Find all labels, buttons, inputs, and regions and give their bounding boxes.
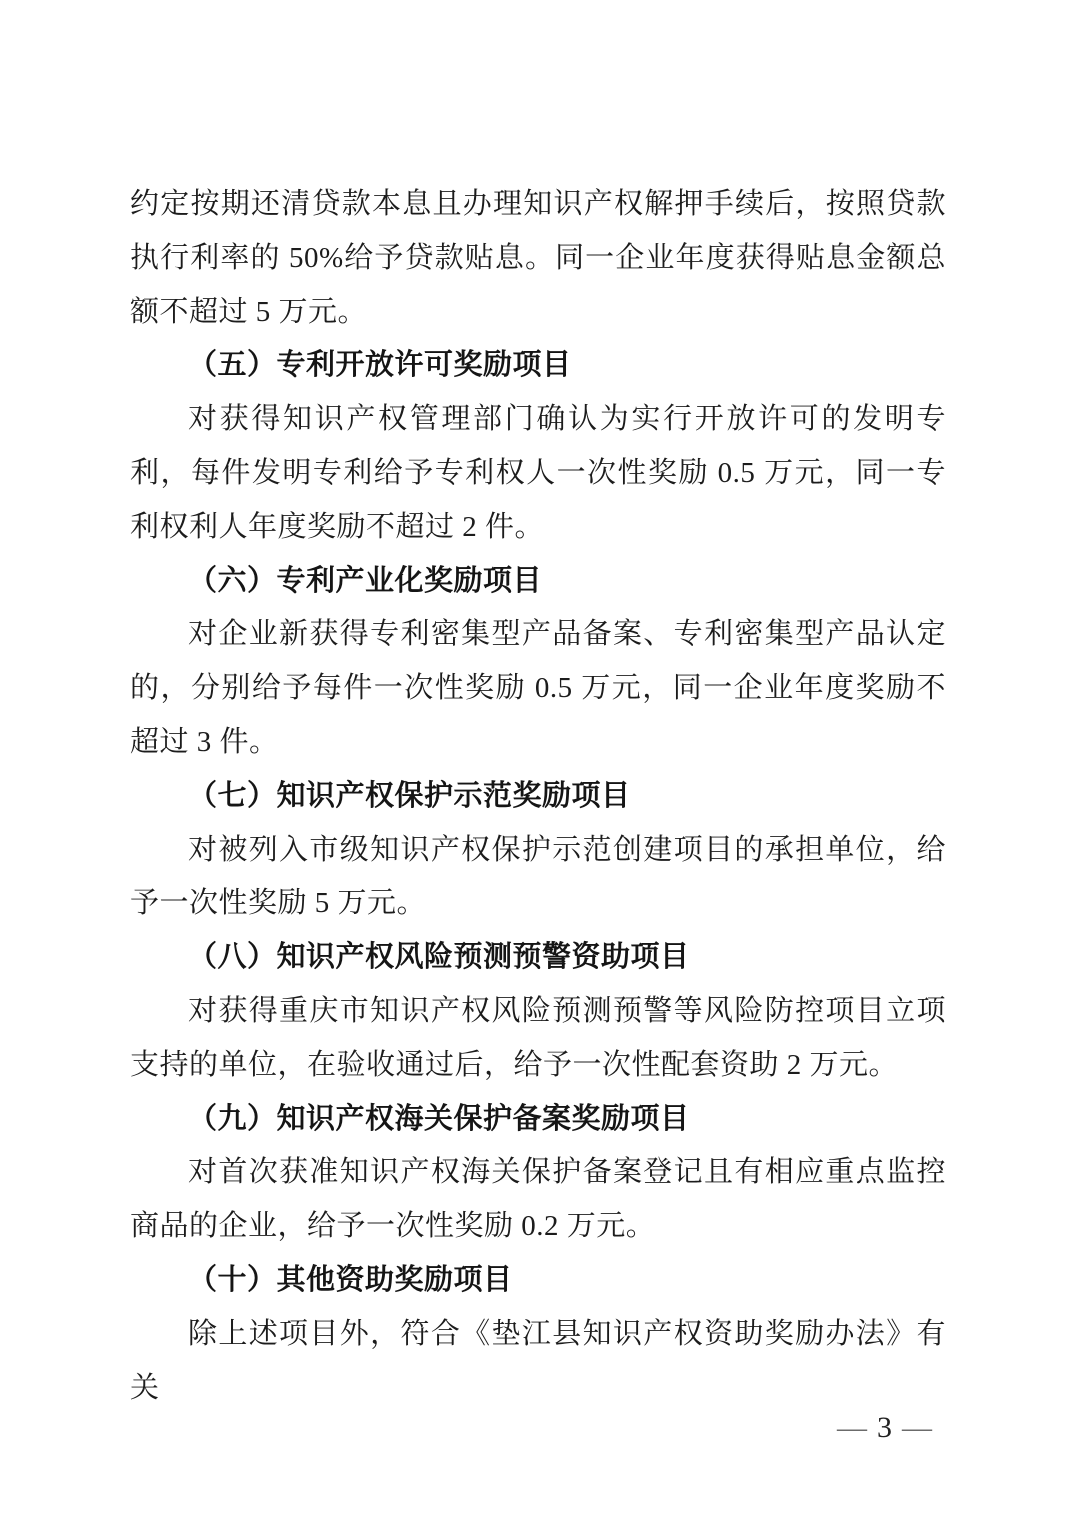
page-number-right-dash: — [892,1411,942,1444]
body-paragraph: 对被列入市级知识产权保护示范创建项目的承担单位，给予一次性奖励 5 万元。 [130,824,946,932]
body-paragraph: 对获得知识产权管理部门确认为实行开放许可的发明专利，每件发明专利给予专利权人一次… [130,393,946,554]
section-heading: （九）知识产权海关保护备案奖励项目 [130,1093,946,1147]
document-page: 约定按期还清贷款本息且办理知识产权解押手续后，按照贷款执行利率的 50%给予贷款… [0,0,1074,1520]
page-number-value: 3 [877,1411,892,1444]
document-body: 约定按期还清贷款本息且办理知识产权解押手续后，按照贷款执行利率的 50%给予贷款… [130,178,946,1415]
section-heading: （八）知识产权风险预测预警资助项目 [130,931,946,985]
body-paragraph: 除上述项目外，符合《垫江县知识产权资助奖励办法》有关 [130,1308,946,1416]
page-number: —3— [827,1408,942,1448]
section-heading: （十）其他资助奖励项目 [130,1254,946,1308]
section-heading: （六）专利产业化奖励项目 [130,555,946,609]
body-paragraph: 对企业新获得专利密集型产品备案、专利密集型产品认定的，分别给予每件一次性奖励 0… [130,608,946,769]
section-heading: （五）专利开放许可奖励项目 [130,339,946,393]
body-paragraph: 约定按期还清贷款本息且办理知识产权解押手续后，按照贷款执行利率的 50%给予贷款… [130,178,946,339]
body-paragraph: 对获得重庆市知识产权风险预测预警等风险防控项目立项支持的单位，在验收通过后，给予… [130,985,946,1093]
body-paragraph: 对首次获准知识产权海关保护备案登记且有相应重点监控商品的企业，给予一次性奖励 0… [130,1146,946,1254]
section-heading: （七）知识产权保护示范奖励项目 [130,770,946,824]
page-number-left-dash: — [827,1411,877,1444]
